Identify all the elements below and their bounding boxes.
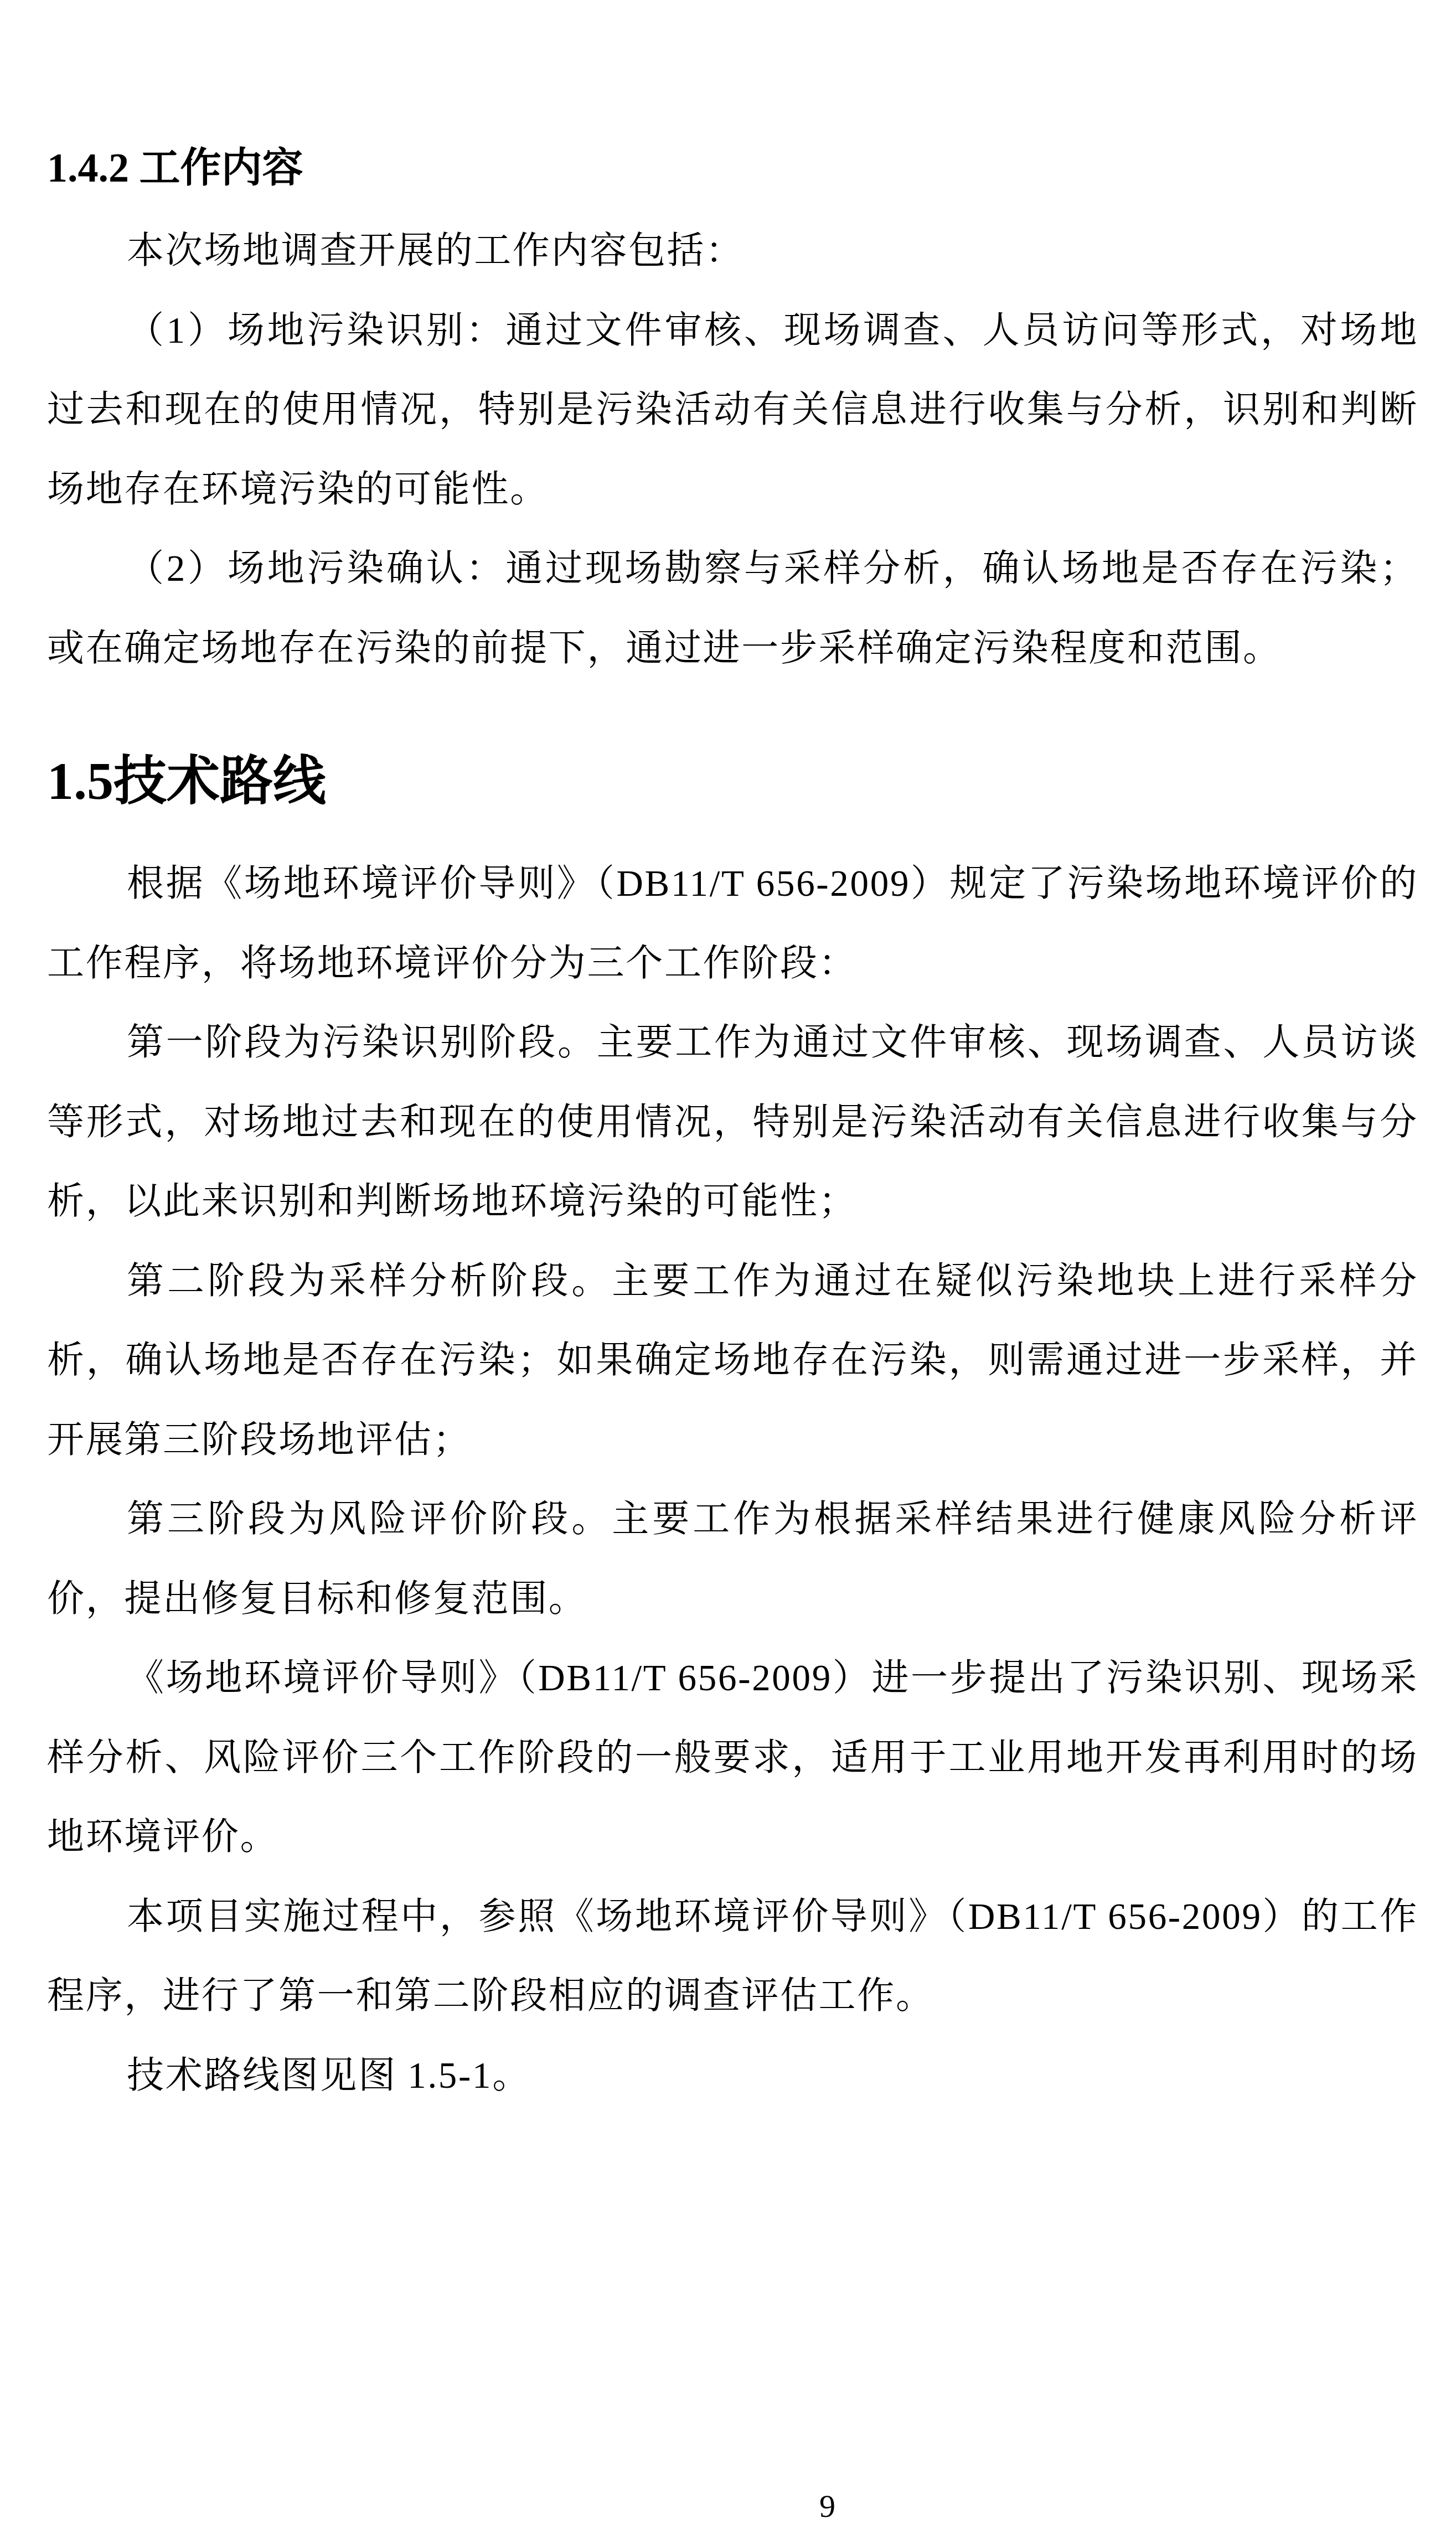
paragraph-guideline-basis: 根据《场地环境评价导则》（DB11/T 656-2009）规定了污染场地环境评价…: [47, 844, 1418, 1003]
paragraph-pollution-confirmation: （2）场地污染确认：通过现场勘察与采样分析，确认场地是否存在污染；或在确定场地存…: [47, 529, 1418, 688]
section-heading-1-4-2: 1.4.2 工作内容: [47, 137, 1418, 199]
paragraph-stage-one: 第一阶段为污染识别阶段。主要工作为通过文件审核、现场调查、人员访谈等形式，对场地…: [47, 1003, 1418, 1242]
paragraph-stage-two: 第二阶段为采样分析阶段。主要工作为通过在疑似污染地块上进行采样分析，确认场地是否…: [47, 1242, 1418, 1480]
page-number: 9: [819, 2487, 835, 2526]
paragraph-project-implementation: 本项目实施过程中，参照《场地环境评价导则》（DB11/T 656-2009）的工…: [47, 1877, 1418, 2036]
section-heading-1-5: 1.5技术路线: [47, 744, 1418, 818]
paragraph-guideline-requirements: 《场地环境评价导则》（DB11/T 656-2009）进一步提出了污染识别、现场…: [47, 1639, 1418, 1877]
paragraph-pollution-identification: （1）场地污染识别：通过文件审核、现场调查、人员访问等形式，对场地过去和现在的使…: [47, 291, 1418, 530]
paragraph-stage-three: 第三阶段为风险评价阶段。主要工作为根据采样结果进行健康风险分析评价，提出修复目标…: [47, 1480, 1418, 1639]
paragraph-work-content-intro: 本次场地调查开展的工作内容包括：: [47, 211, 1418, 291]
document-page: 1.4.2 工作内容 本次场地调查开展的工作内容包括： （1）场地污染识别：通过…: [0, 0, 1456, 2534]
paragraph-roadmap-figure-reference: 技术路线图见图 1.5-1。: [47, 2036, 1418, 2116]
